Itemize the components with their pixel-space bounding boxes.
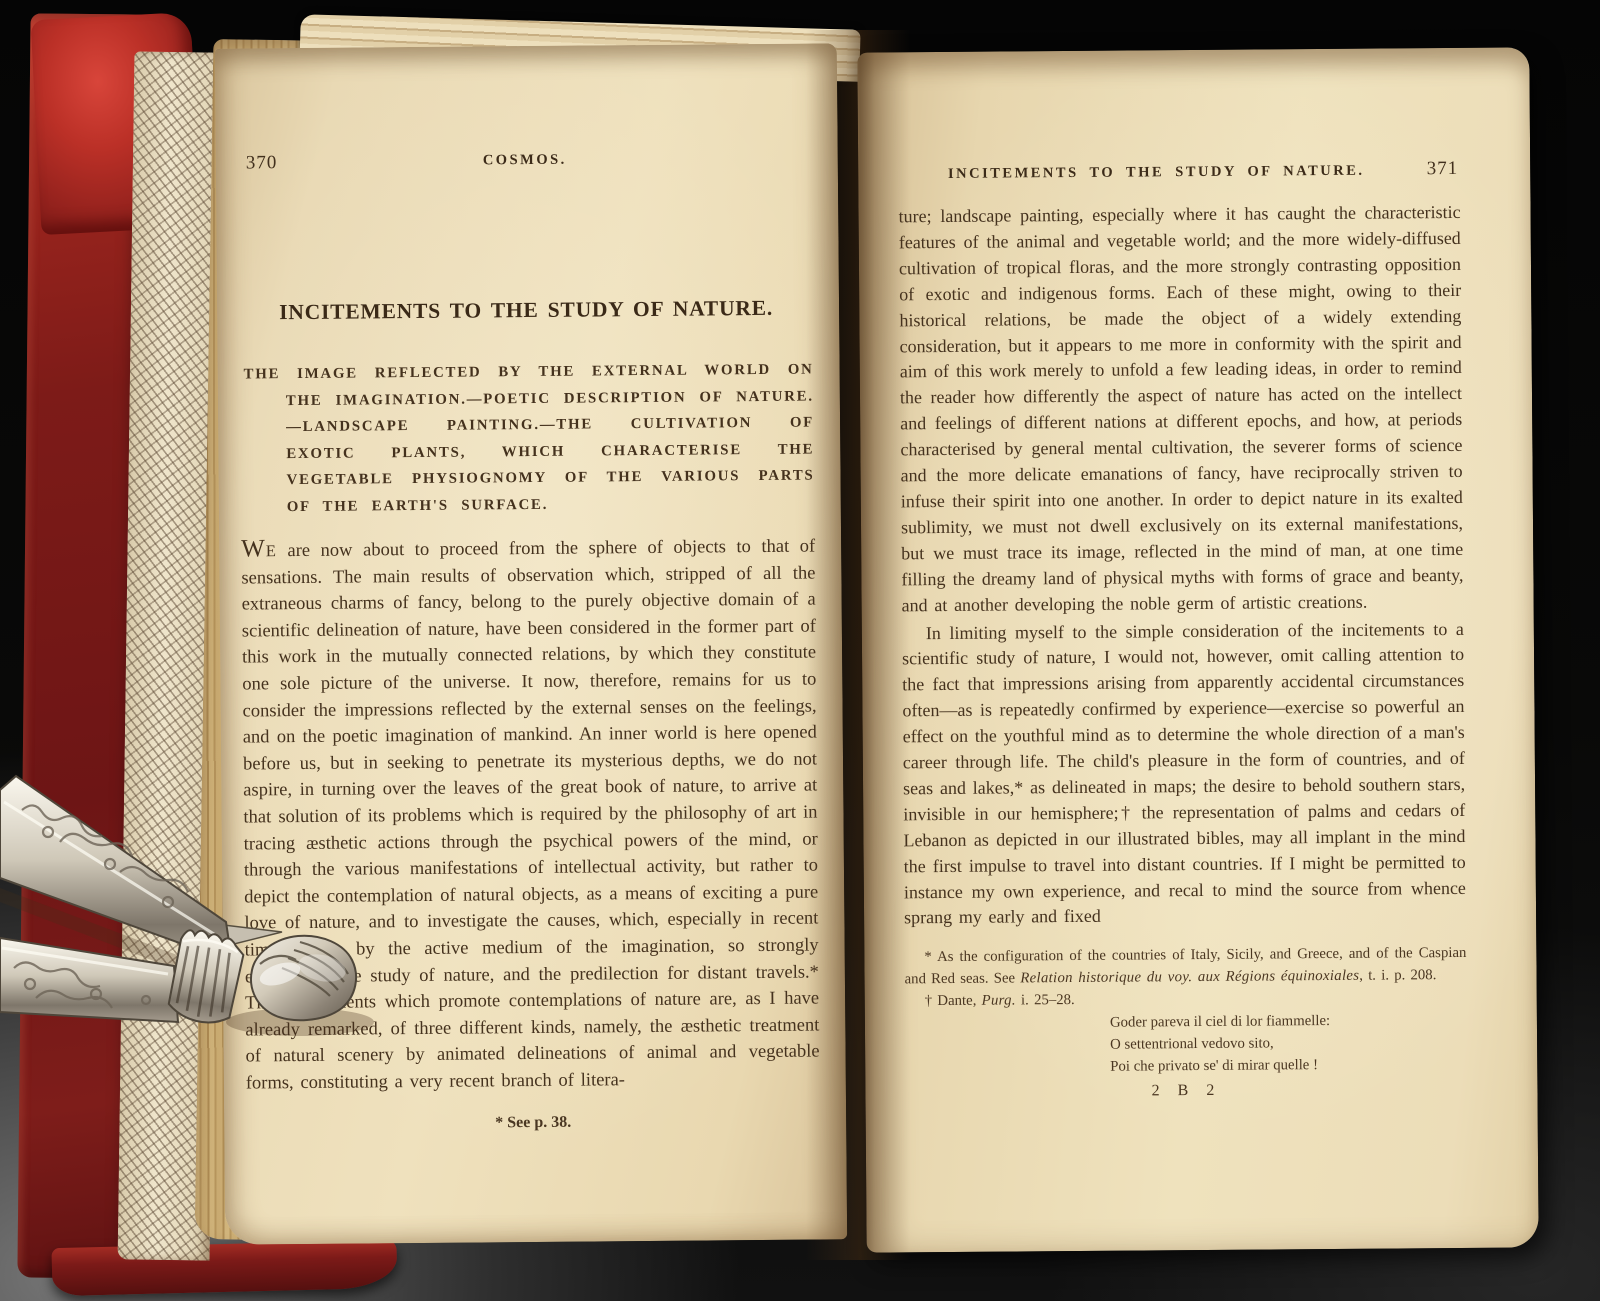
footnote-dagger-tail: i. 25–28.	[1016, 992, 1075, 1008]
footnote-star: * As the configuration of the countries …	[904, 943, 1466, 991]
right-page: INCITEMENTS TO THE STUDY OF NATURE. 371 …	[857, 47, 1538, 1252]
chapter-title: INCITEMENTS TO THE STUDY OF NATURE.	[239, 296, 813, 326]
footnote-dagger-text: † Dante,	[925, 992, 982, 1008]
chapter-argument: THE IMAGE REFLECTED BY THE EXTERNAL WORL…	[244, 357, 815, 521]
footnote-dagger: † Dante, Purg. i. 25–28.	[905, 986, 1467, 1012]
right-page-header: INCITEMENTS TO THE STUDY OF NATURE. 371	[898, 160, 1460, 190]
footnote-dagger-italic-title: Purg.	[982, 992, 1016, 1008]
left-page: 370 COSMOS. INCITEMENTS TO THE STUDY OF …	[215, 43, 847, 1244]
book-photograph: 370 COSMOS. INCITEMENTS TO THE STUDY OF …	[0, 0, 1600, 1301]
lead-initial: W	[241, 535, 266, 562]
verse-line: O settentrional vedovo sito,	[1110, 1032, 1467, 1057]
left-page-header: 370 COSMOS.	[238, 148, 812, 179]
right-page-number: 371	[1427, 158, 1459, 180]
footnote-star-italic-title: Relation historique du voy. aux Régions …	[1020, 968, 1359, 987]
red-cover-bottom-edge	[51, 1240, 397, 1296]
printer-signature-mark: 2 B 2	[905, 1077, 1467, 1103]
right-footnotes: * As the configuration of the countries …	[904, 943, 1467, 1103]
left-footnote: * See p. 38.	[246, 1112, 820, 1135]
verse-line: Poi che privato se' di mirar quelle !	[1110, 1054, 1467, 1079]
lead-small-cap: E	[266, 541, 277, 560]
left-running-header: COSMOS.	[238, 150, 812, 172]
right-running-header: INCITEMENTS TO THE STUDY OF NATURE.	[922, 162, 1390, 183]
clasp-hand-finial	[251, 936, 356, 1021]
verse-line: Goder pareva il ciel di lor fiammelle:	[1110, 1010, 1467, 1035]
right-paragraph-2: In limiting myself to the simple conside…	[902, 616, 1466, 931]
silver-clasp-hand	[0, 772, 380, 1042]
right-paragraph-1: ture; landscape painting, especially whe…	[898, 200, 1463, 619]
footnote-star-tail: , t. i. p. 208.	[1359, 967, 1436, 984]
dante-verse: Goder pareva il ciel di lor fiammelle: O…	[1110, 1010, 1468, 1078]
